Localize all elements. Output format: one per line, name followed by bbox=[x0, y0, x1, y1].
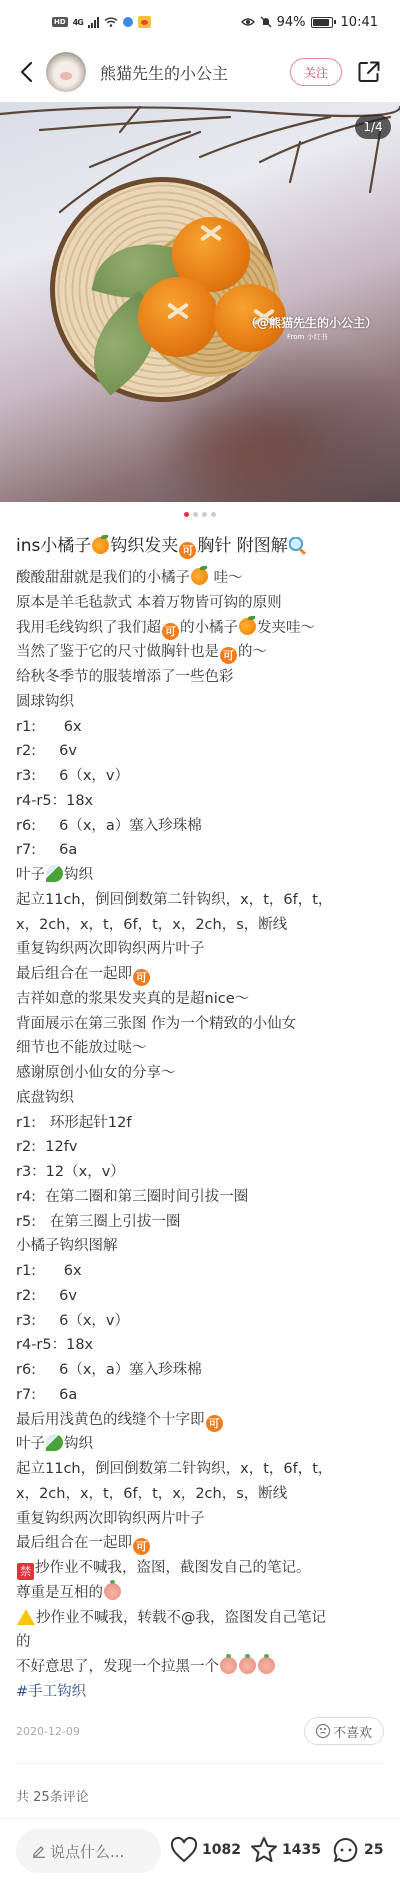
comment-count-bottom: 25 bbox=[364, 1842, 383, 1858]
pig-emoji-icon bbox=[104, 1583, 121, 1600]
body-line: 抄作业不喊我，转载不@我，盗图发自己笔记 bbox=[16, 1606, 388, 1631]
sad-face-icon bbox=[316, 1724, 330, 1738]
signal-icon bbox=[88, 17, 99, 28]
crochet-orange bbox=[138, 277, 218, 357]
body-line: 小橘子钩织图解 bbox=[16, 1234, 388, 1259]
body-line: x，2ch，x，t，6f，t，x，2ch，s，断线 bbox=[16, 1482, 388, 1507]
ke-emoji-icon: 可 bbox=[133, 969, 150, 986]
body-line: 尊重是互相的 bbox=[16, 1581, 388, 1606]
body-line: 底盘钩织 bbox=[16, 1086, 388, 1111]
carousel-dot-active[interactable] bbox=[184, 512, 189, 517]
heart-icon bbox=[170, 1837, 198, 1863]
body-line: 不好意思了，发现一个拉黑一个 bbox=[16, 1655, 388, 1680]
body-line: 起立11ch，倒回倒数第二针钩织，x，t，6f，t， bbox=[16, 888, 388, 913]
body-line: 当然了鉴于它的尺寸做胸针也是可的～ bbox=[16, 640, 388, 665]
warning-emoji-icon bbox=[17, 1609, 35, 1625]
comment-button[interactable]: 25 bbox=[332, 1835, 383, 1865]
body-line: 最后用浅黄色的线缝个十字即可 bbox=[16, 1408, 388, 1433]
body-line: 吉祥如意的浆果发夹真的是超nice～ bbox=[16, 987, 388, 1012]
carousel-dot[interactable] bbox=[202, 512, 207, 517]
body-line: 酸酸甜甜就是我们的小橘子 哇～ bbox=[16, 566, 388, 591]
pig-emoji-icon bbox=[220, 1657, 237, 1674]
body-line: r4-r5：18x bbox=[16, 789, 388, 814]
body-line: 细节也不能放过哒～ bbox=[16, 1036, 388, 1061]
follow-button[interactable]: 关注 bbox=[290, 58, 342, 86]
divider bbox=[0, 1818, 400, 1819]
network-type: 4G bbox=[73, 18, 83, 27]
body-line: r5: 在第三圈上引拔一圈 bbox=[16, 1210, 388, 1235]
post-body: 酸酸甜甜就是我们的小橘子 哇～原本是羊毛毡款式 本着万物皆可钩的原则我用毛线钩织… bbox=[16, 566, 388, 1705]
post-title: ins小橘子钩织发夹可胸针 附图解 bbox=[16, 533, 386, 559]
carousel-dots bbox=[0, 512, 400, 517]
pencil-icon bbox=[32, 1844, 46, 1858]
body-line: 感谢原创小仙女的分享～ bbox=[16, 1061, 388, 1086]
divider bbox=[16, 1763, 384, 1764]
comment-bubble-icon bbox=[332, 1836, 360, 1864]
body-line: 重复钩织两次即钩织两片叶子 bbox=[16, 937, 388, 962]
tangerine-emoji-icon bbox=[92, 537, 109, 554]
status-bar: HD 4G 94% 10:41 bbox=[0, 0, 400, 44]
body-line: r7: 6a bbox=[16, 838, 388, 863]
like-button[interactable]: 1082 bbox=[170, 1835, 241, 1865]
app-notification-icon bbox=[123, 17, 133, 27]
ke-emoji-icon: 可 bbox=[206, 1415, 223, 1432]
body-line: r1: 6x bbox=[16, 1259, 388, 1284]
back-button[interactable] bbox=[16, 58, 38, 86]
body-line: 原本是羊毛毡款式 本着万物皆可钩的原则 bbox=[16, 591, 388, 616]
like-count: 1082 bbox=[202, 1842, 241, 1858]
ke-emoji-icon: 可 bbox=[133, 1538, 150, 1555]
body-line: x，2ch，x，t，6f，t，x，2ch，s，断线 bbox=[16, 913, 388, 938]
image-watermark: （@熊猫先生的小公主） bbox=[245, 314, 377, 331]
hd-icon: HD bbox=[52, 17, 68, 27]
collect-button[interactable]: 1435 bbox=[250, 1835, 321, 1865]
image-watermark-source: From 小红书 bbox=[287, 332, 328, 342]
pig-emoji-icon bbox=[258, 1657, 275, 1674]
tangerine-emoji-icon bbox=[239, 618, 256, 635]
image-carousel[interactable]: （@熊猫先生的小公主） From 小红书 1/4 bbox=[0, 102, 400, 502]
weibo-icon bbox=[138, 16, 151, 28]
wifi-icon bbox=[104, 17, 118, 27]
comment-count: 共 25条评论 bbox=[16, 1786, 89, 1805]
body-line: 叶子钩织 bbox=[16, 1432, 388, 1457]
star-icon bbox=[250, 1836, 278, 1864]
comment-input-placeholder: 说点什么... bbox=[50, 1841, 124, 1862]
collect-count: 1435 bbox=[282, 1842, 321, 1858]
title-text: ins小橘子 bbox=[16, 536, 91, 556]
dislike-button[interactable]: 不喜欢 bbox=[304, 1717, 384, 1745]
body-line: 圆球钩织 bbox=[16, 690, 388, 715]
body-line: r2: 6v bbox=[16, 1284, 388, 1309]
ke-emoji-icon: 可 bbox=[220, 647, 237, 664]
author-name[interactable]: 熊猫先生的小公主 bbox=[100, 61, 228, 84]
leaf-emoji-icon bbox=[46, 865, 63, 882]
dislike-label: 不喜欢 bbox=[333, 1722, 372, 1741]
page-indicator: 1/4 bbox=[355, 115, 391, 139]
leaf-emoji-icon bbox=[46, 1434, 63, 1451]
body-line: 起立11ch，倒回倒数第二针钩织，x，t，6f，t， bbox=[16, 1457, 388, 1482]
clock: 10:41 bbox=[341, 15, 378, 30]
nav-bar: 熊猫先生的小公主 关注 bbox=[0, 48, 400, 96]
body-line: r6: 6（x，a）塞入珍珠棉 bbox=[16, 1358, 388, 1383]
carousel-dot[interactable] bbox=[193, 512, 198, 517]
body-line: 叶子钩织 bbox=[16, 863, 388, 888]
pig-emoji-icon bbox=[239, 1657, 256, 1674]
body-line: r2: 6v bbox=[16, 739, 388, 764]
battery-icon bbox=[311, 17, 333, 28]
body-line: r1: 环形起针12f bbox=[16, 1111, 388, 1136]
comment-input[interactable]: 说点什么... bbox=[16, 1829, 161, 1873]
title-text: 钩织发夹 bbox=[110, 536, 178, 556]
ke-emoji-icon: 可 bbox=[162, 623, 179, 640]
post-meta: 2020-12-09 不喜欢 bbox=[16, 1717, 384, 1747]
body-line: r3：12（x，v） bbox=[16, 1160, 388, 1185]
eye-icon bbox=[241, 17, 255, 27]
body-line: r6: 6（x，a）塞入珍珠棉 bbox=[16, 814, 388, 839]
bottom-action-bar: 说点什么... 1082 1435 25 bbox=[0, 1828, 400, 1873]
carousel-dot[interactable] bbox=[211, 512, 216, 517]
body-line: 的 bbox=[16, 1630, 388, 1655]
body-line: 背面展示在第三张图 作为一个精致的小仙女 bbox=[16, 1012, 388, 1037]
ke-emoji-icon: 可 bbox=[179, 542, 196, 559]
hashtag-link[interactable]: #手工钩织 bbox=[16, 1680, 388, 1705]
body-line: r1: 6x bbox=[16, 715, 388, 740]
body-line: r4-r5：18x bbox=[16, 1333, 388, 1358]
body-line: 最后组合在一起即可 bbox=[16, 1531, 388, 1556]
post-date: 2020-12-09 bbox=[16, 1725, 80, 1738]
body-line: 我用毛线钩织了我们超可的小橘子发夹哇～ bbox=[16, 616, 388, 641]
forbidden-emoji-icon: 禁 bbox=[17, 1563, 34, 1580]
body-line: 重复钩织两次即钩织两片叶子 bbox=[16, 1507, 388, 1532]
mute-bell-icon bbox=[260, 16, 272, 28]
body-line: r2: 12fv bbox=[16, 1135, 388, 1160]
body-line: r4: 在第二圈和第三圈时间引拔一圈 bbox=[16, 1185, 388, 1210]
magnifier-emoji-icon bbox=[289, 537, 306, 554]
avatar[interactable] bbox=[46, 52, 86, 92]
body-line: r3: 6（x，v） bbox=[16, 1309, 388, 1334]
body-line: 给秋冬季节的服装增添了一些色彩 bbox=[16, 665, 388, 690]
body-line: r7: 6a bbox=[16, 1383, 388, 1408]
battery-percent: 94% bbox=[277, 15, 306, 30]
body-line: r3: 6（x，v） bbox=[16, 764, 388, 789]
body-line: 禁抄作业不喊我，盗图，截图发自己的笔记。 bbox=[16, 1556, 388, 1581]
share-icon[interactable] bbox=[356, 59, 382, 85]
tangerine-emoji-icon bbox=[191, 568, 208, 585]
title-text: 胸针 附图解 bbox=[197, 536, 287, 556]
body-line: 最后组合在一起即可 bbox=[16, 962, 388, 987]
